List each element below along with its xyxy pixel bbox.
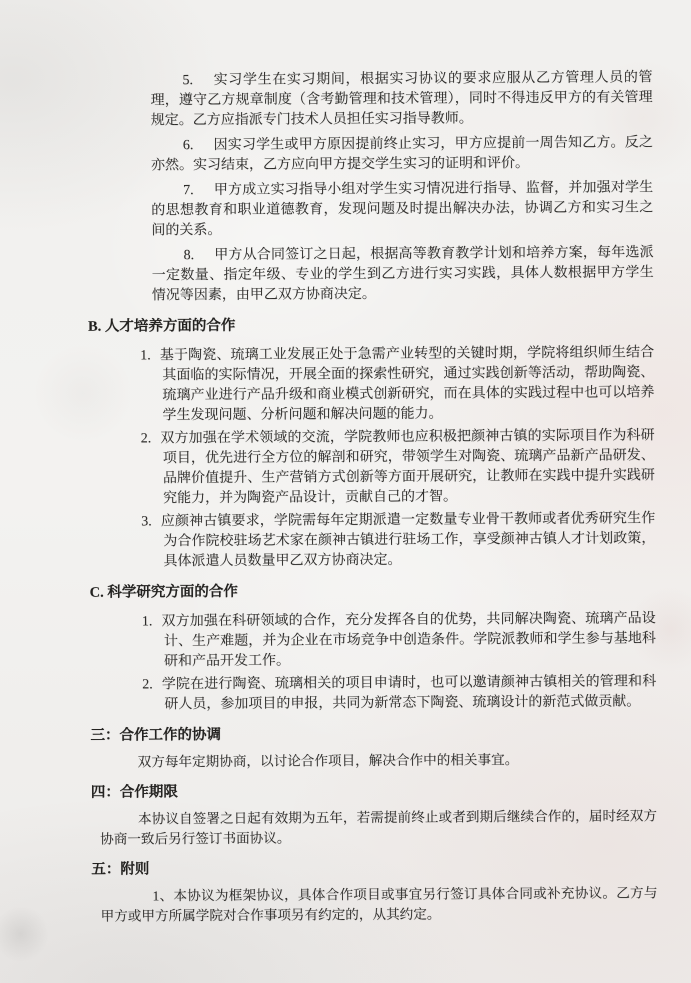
section-five-paragraph: 1、本协议为框架协议，具体合作项目或事宜另行签订具体合同或补充协议。乙方与甲方或…	[100, 883, 657, 926]
list-text: 基于陶瓷、琉璃工业发展正处于急需产业转型的关键时期，学院将组织师生结合其面临的实…	[160, 345, 655, 423]
section-b-heading: B. 人才培养方面的合作	[88, 313, 654, 336]
section-c-heading: C. 科学研究方面的合作	[90, 579, 656, 602]
section-three-heading: 三：合作工作的协调	[90, 722, 656, 745]
clause-number: 8.	[184, 248, 195, 263]
list-number: 2.	[141, 431, 152, 446]
document-content: 5.实习学生在实习期间，根据实习协议的要求应服从乙方管理人员的管理，遵守乙方规章…	[86, 0, 658, 927]
clause-item-6: 6.因实习学生或甲方原因提前终止实习，甲方应提前一周告知乙方。反之亦然。实习结束…	[151, 133, 653, 176]
section-four-paragraph: 本协议自签署之日起有效期为五年，若需提前终止或者到期后继续合作的，届时经双方协商…	[100, 806, 657, 849]
section-b-item-3: 3.应颜神古镇要求，学院需每年定期派遣一定数量专业骨干教师或者优秀研究生作为合作…	[141, 509, 655, 572]
list-number: 2.	[142, 677, 153, 692]
section-b-item-2: 2.双方加强在学术领域的交流，学院教师也应积极把颜神古镇的实际项目作为科研项目，…	[141, 426, 655, 509]
section-c-item-2: 2.学院在进行陶瓷、琉璃相关的项目申请时，也可以邀请颜神古镇相关的管理和科研人员…	[142, 672, 656, 715]
section-five-heading: 五：附则	[91, 856, 657, 879]
list-text: 学院在进行陶瓷、琉璃相关的项目申请时，也可以邀请颜神古镇相关的管理和科研人员，参…	[162, 674, 657, 712]
clause-item-5: 5.实习学生在实习期间，根据实习协议的要求应服从乙方管理人员的管理，遵守乙方规章…	[150, 68, 652, 131]
clause-item-8: 8.甲方从合同签订之日起，根据高等教育教学计划和培养方案，每年选派一定数量、指定…	[152, 243, 654, 306]
clause-number: 6.	[183, 138, 194, 153]
clause-text: 甲方成立实习指导小组对学生实习情况进行指导、监督，并加强对学生的思想教育和职业道…	[151, 180, 653, 238]
list-text: 双方加强在科研领域的合作，充分发挥各自的优势，共同解决陶瓷、琉璃产品设计、生产难…	[161, 611, 656, 669]
clause-number: 7.	[183, 183, 194, 198]
clause-item-7: 7.甲方成立实习指导小组对学生实习情况进行指导、监督，并加强对学生的思想教育和职…	[151, 178, 653, 241]
list-text: 应颜神古镇要求，学院需每年定期派遣一定数量专业骨干教师或者优秀研究生作为合作院校…	[161, 511, 656, 569]
section-four-heading: 四：合作期限	[91, 779, 657, 802]
clause-text: 实习学生在实习期间，根据实习协议的要求应服从乙方管理人员的管理，遵守乙方规章制度…	[151, 70, 653, 128]
list-number: 3.	[141, 514, 152, 529]
scanned-document-page: 5.实习学生在实习期间，根据实习协议的要求应服从乙方管理人员的管理，遵守乙方规章…	[0, 0, 691, 983]
section-c-item-1: 1.双方加强在科研领域的合作，充分发挥各自的优势，共同解决陶瓷、琉璃产品设计、生…	[142, 609, 656, 672]
section-b-item-1: 1.基于陶瓷、琉璃工业发展正处于急需产业转型的关键时期，学院将组织师生结合其面临…	[140, 343, 654, 426]
section-three-paragraph: 双方每年定期协商，以讨论合作项目，解决合作中的相关事宜。	[100, 749, 657, 772]
clause-text: 甲方从合同签订之日起，根据高等教育教学计划和培养方案，每年选派一定数量、指定年级…	[152, 245, 654, 303]
clause-number: 5.	[182, 73, 193, 88]
list-number: 1.	[140, 348, 151, 363]
list-text: 双方加强在学术领域的交流，学院教师也应积极把颜神古镇的实际项目作为科研项目，优先…	[160, 428, 655, 506]
clause-text: 因实习学生或甲方原因提前终止实习，甲方应提前一周告知乙方。反之亦然。实习结束，乙…	[151, 135, 653, 173]
list-number: 1.	[142, 614, 153, 629]
